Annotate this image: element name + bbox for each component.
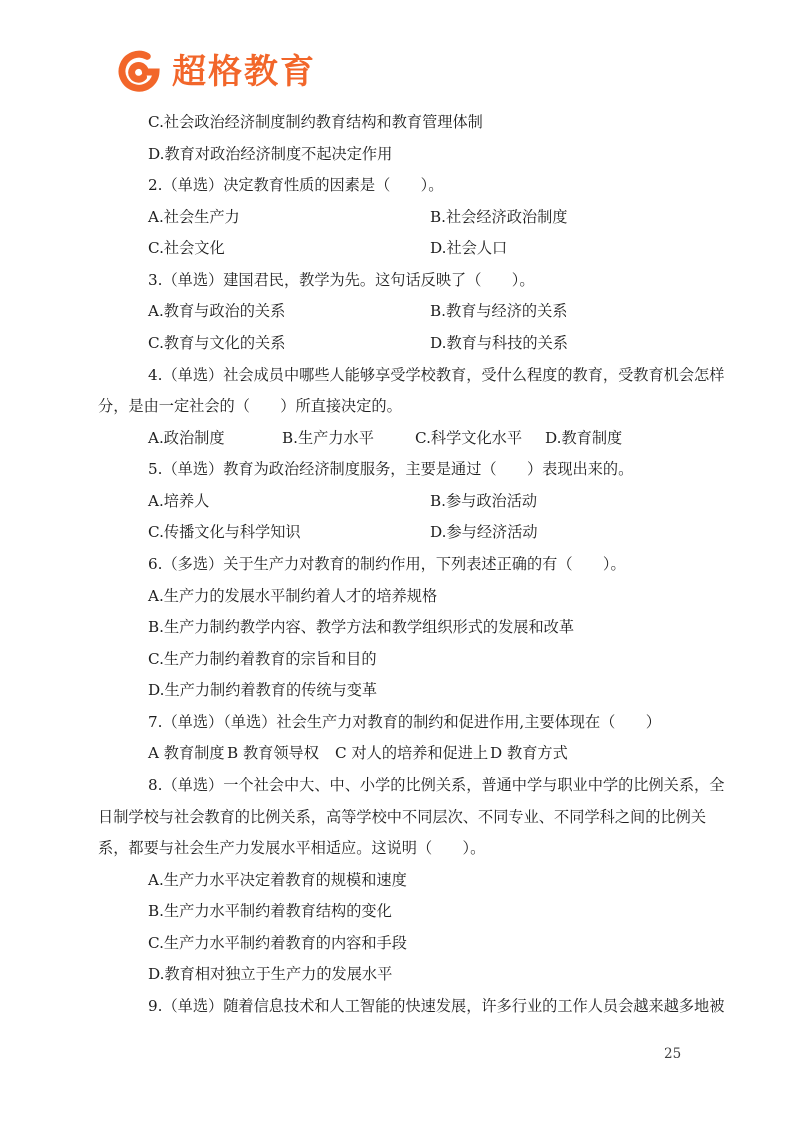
option-line: A.社会生产力B.社会经济政治制度 — [98, 206, 706, 230]
document-page: 超格教育 C.社会政治经济制度制约教育结构和教育管理体制D.教育对政治经济制度不… — [0, 0, 804, 1137]
option-text: A.生产力水平决定着教育的规模和速度 — [148, 869, 407, 891]
question-line: 8.（单选）一个社会中大、中、小学的比例关系，普通中学与职业中学的比例关系，全 — [98, 774, 706, 798]
option-text: C.教育与文化的关系 — [148, 332, 285, 354]
question-text: 5.（单选）教育为政治经济制度服务，主要是通过（ ）表现出来的。 — [148, 458, 633, 480]
option-text: A.培养人 — [148, 490, 209, 512]
option-line: C.社会文化D.社会人口 — [98, 237, 706, 261]
option-line: A.培养人B.参与政治活动 — [98, 490, 706, 514]
option-line: B.生产力水平制约着教育结构的变化 — [98, 900, 706, 924]
option-text: B.生产力制约教学内容、教学方法和教学组织形式的发展和改革 — [148, 616, 574, 638]
option-line: D.教育对政治经济制度不起决定作用 — [98, 143, 706, 167]
option-text: D.教育对政治经济制度不起决定作用 — [148, 143, 392, 165]
question-line: 6.（多选）关于生产力对教育的制约作用，下列表述正确的有（ ）。 — [98, 553, 706, 577]
option-line: A 教育制度B 教育领导权C 对人的培养和促进上D 教育方式 — [98, 742, 706, 766]
option-text: D.教育与科技的关系 — [430, 332, 568, 354]
option-text: A.社会生产力 — [148, 206, 240, 228]
option-line: D.生产力制约着教育的传统与变革 — [98, 679, 706, 703]
question-line: 2.（单选）决定教育性质的因素是（ ）。 — [98, 174, 706, 198]
question-line: 4.（单选）社会成员中哪些人能够享受学校教育，受什么程度的教育，受教育机会怎样 — [98, 364, 706, 388]
option-line: A.教育与政治的关系B.教育与经济的关系 — [98, 300, 706, 324]
question-text: 9.（单选）随着信息技术和人工智能的快速发展，许多行业的工作人员会越来越多地被 — [148, 997, 724, 1015]
page-number: 25 — [664, 1046, 704, 1062]
question-line: 3.（单选）建国君民，教学为先。这句话反映了（ ）。 — [98, 269, 706, 293]
continuation-line: 日制学校与社会教育的比例关系，高等学校中不同层次、不同专业、不同学科之间的比例关 — [98, 806, 706, 830]
option-line: B.生产力制约教学内容、教学方法和教学组织形式的发展和改革 — [98, 616, 706, 640]
option-text: D.生产力制约着教育的传统与变革 — [148, 679, 377, 701]
option-text: B.生产力水平 — [282, 427, 374, 449]
question-text: 4.（单选）社会成员中哪些人能够享受学校教育，受什么程度的教育，受教育机会怎样 — [148, 366, 724, 384]
question-text: 7.（单选）（单选）社会生产力对教育的制约和促进作用,主要体现在（ ） — [148, 711, 661, 733]
option-text: D.教育相对独立于生产力的发展水平 — [148, 963, 392, 985]
option-text: A.政治制度 — [148, 427, 225, 449]
option-text: A 教育制度 — [148, 742, 225, 764]
brand-logo: 超格教育 — [116, 48, 316, 96]
option-line: D.教育相对独立于生产力的发展水平 — [98, 963, 706, 987]
option-text: B 教育领导权 — [227, 742, 319, 764]
option-text: D.教育制度 — [545, 427, 622, 449]
question-text: 2.（单选）决定教育性质的因素是（ ）。 — [148, 174, 443, 196]
option-text: C.生产力水平制约着教育的内容和手段 — [148, 932, 407, 954]
option-line: A.生产力的发展水平制约着人才的培养规格 — [98, 585, 706, 609]
continuation-text: 系，都要与社会生产力发展水平相适应。这说明（ ）。 — [98, 837, 485, 859]
option-text: B.教育与经济的关系 — [430, 300, 568, 322]
option-text: C.生产力制约着教育的宗旨和目的 — [148, 648, 377, 670]
option-text: C.传播文化与科学知识 — [148, 521, 301, 543]
question-text: 6.（多选）关于生产力对教育的制约作用，下列表述正确的有（ ）。 — [148, 553, 626, 575]
continuation-line: 系，都要与社会生产力发展水平相适应。这说明（ ）。 — [98, 837, 706, 861]
option-line: C.生产力水平制约着教育的内容和手段 — [98, 932, 706, 956]
question-text: 8.（单选）一个社会中大、中、小学的比例关系，普通中学与职业中学的比例关系，全 — [148, 776, 724, 794]
question-line: 9.（单选）随着信息技术和人工智能的快速发展，许多行业的工作人员会越来越多地被 — [98, 995, 706, 1019]
option-line: C.传播文化与科学知识D.参与经济活动 — [98, 521, 706, 545]
option-text: A.生产力的发展水平制约着人才的培养规格 — [148, 585, 437, 607]
option-text: B.参与政治活动 — [430, 490, 537, 512]
brand-name: 超格教育 — [172, 49, 316, 95]
option-text: D.社会人口 — [430, 237, 507, 259]
option-line: C.教育与文化的关系D.教育与科技的关系 — [98, 332, 706, 356]
continuation-line: 分，是由一定社会的（ ）所直接决定的。 — [98, 395, 706, 419]
option-text: C.科学文化水平 — [415, 427, 522, 449]
option-text: C 对人的培养和促进上 — [335, 742, 488, 764]
option-text: C.社会政治经济制度制约教育结构和教育管理体制 — [148, 111, 483, 133]
chaoge-g-spiral-icon — [116, 49, 162, 95]
question-line: 7.（单选）（单选）社会生产力对教育的制约和促进作用,主要体现在（ ） — [98, 711, 706, 735]
option-text: A.教育与政治的关系 — [148, 300, 285, 322]
option-text: D 教育方式 — [490, 742, 568, 764]
option-line: A.生产力水平决定着教育的规模和速度 — [98, 869, 706, 893]
option-line: C.生产力制约着教育的宗旨和目的 — [98, 648, 706, 672]
option-text: C.社会文化 — [148, 237, 225, 259]
question-line: 5.（单选）教育为政治经济制度服务，主要是通过（ ）表现出来的。 — [98, 458, 706, 482]
continuation-text: 分，是由一定社会的（ ）所直接决定的。 — [98, 395, 402, 417]
option-line: C.社会政治经济制度制约教育结构和教育管理体制 — [98, 111, 706, 135]
continuation-text: 日制学校与社会教育的比例关系，高等学校中不同层次、不同专业、不同学科之间的比例关 — [98, 808, 706, 826]
option-line: A.政治制度B.生产力水平C.科学文化水平D.教育制度 — [98, 427, 706, 451]
option-text: B.生产力水平制约着教育结构的变化 — [148, 900, 392, 922]
option-text: B.社会经济政治制度 — [430, 206, 568, 228]
option-text: D.参与经济活动 — [430, 521, 538, 543]
question-text: 3.（单选）建国君民，教学为先。这句话反映了（ ）。 — [148, 269, 535, 291]
